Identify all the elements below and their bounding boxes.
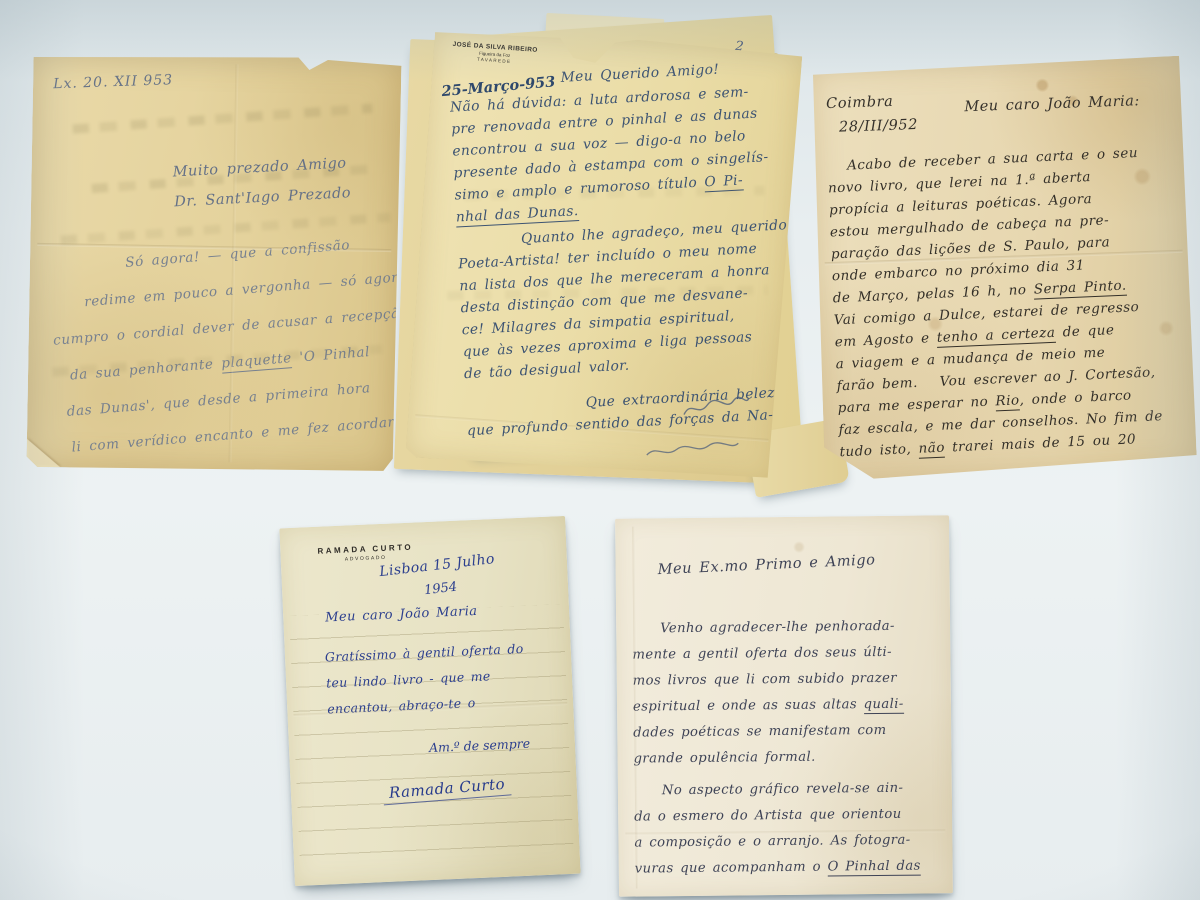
- letter-4-closing: Am.º de sempre: [429, 736, 531, 755]
- letter-5-paragraph-2: No aspecto gráfico revela-se ain-da o es…: [634, 776, 921, 883]
- letter-1: Lx. 20. XII 953 Muito prezado AmigoDr. S…: [26, 53, 401, 473]
- letter-2-paragraph-1: Não há dúvida: a luta ardorosa e sem-pre…: [450, 78, 803, 228]
- photo-of-five-letters: 2 Lx. 20. XII 953 Muito prezado AmigoDr.…: [0, 0, 1200, 900]
- handwritten-line: Venho agradecer-lhe penhorada-: [660, 614, 918, 643]
- letter-3-salutation: Meu caro João Maria:: [964, 93, 1140, 115]
- letter-2-paragraph-2: Quanto lhe agradeço, meu queridoPoeta-Ar…: [457, 213, 803, 385]
- ink-scribble: [644, 438, 741, 461]
- handwritten-line: dades poéticas se manifestam com: [633, 718, 919, 747]
- letter-2-paragraph-3: Que extraordinária beleza, que vejo,que …: [465, 380, 802, 442]
- letter-5-body: Venho agradecer-lhe penhorada-mente a ge…: [632, 614, 921, 883]
- handwritten-line: mente a gentil oferta dos seus últi-: [632, 640, 918, 669]
- letter-3-date: 28/III/952: [839, 117, 919, 136]
- letter-4-date-year: 1954: [423, 580, 458, 599]
- handwritten-line: mos livros que li com subido prazer: [633, 666, 919, 695]
- letter-3-body: Acabo de receber a sua carta e o seunovo…: [827, 141, 1165, 463]
- letter-2: JOSÉ DA SILVA RIBEIRO Figueira da Foz TA…: [405, 26, 802, 483]
- letter-4-salutation: Meu caro João Maria: [325, 604, 478, 626]
- ink-bleedthrough: [73, 104, 373, 134]
- letter-5: Meu Ex.mo Primo e Amigo Venho agradecer-…: [615, 515, 953, 896]
- handwritten-line: espiritual e onde as suas altas quali-: [633, 692, 919, 721]
- handwritten-line: da o esmero do Artista que orientou: [634, 802, 920, 831]
- letter-5-paragraph-1: Venho agradecer-lhe penhorada-mente a ge…: [632, 614, 920, 773]
- letter-1-date: Lx. 20. XII 953: [53, 72, 174, 92]
- dog-ear-corner: [26, 439, 60, 468]
- letter-5-salutation: Meu Ex.mo Primo e Amigo: [657, 552, 876, 578]
- letter-4-body: Gratíssimo à gentil oferta doteu lindo l…: [324, 636, 526, 723]
- letter-1-body: Só agora! — que a confissãoredime em pou…: [46, 223, 401, 466]
- handwritten-line: vuras que acompanham o O Pinhal das: [635, 854, 921, 883]
- handwritten-line: a composição e o arranjo. As fotogra-: [634, 828, 920, 857]
- letter-4-signature: Ramada Curto: [382, 774, 512, 805]
- letter-2-letterhead: JOSÉ DA SILVA RIBEIRO Figueira da Foz TA…: [445, 40, 544, 66]
- handwritten-line: No aspecto gráfico revela-se ain-: [662, 776, 920, 805]
- letter-4: RAMADA CURTO ADVOGADO Lisboa 15 Julho 19…: [279, 516, 580, 886]
- letter-3: Coimbra 28/III/952 Meu caro João Maria: …: [811, 56, 1197, 481]
- letter-1-salutation: Muito prezado AmigoDr. Sant'Iago Prezado: [172, 148, 352, 217]
- handwritten-line: grande opulência formal.: [633, 744, 919, 773]
- letter-2-body: Meu Querido Amigo! Não há dúvida: a luta…: [448, 54, 802, 442]
- letter-3-place: Coimbra: [826, 94, 894, 112]
